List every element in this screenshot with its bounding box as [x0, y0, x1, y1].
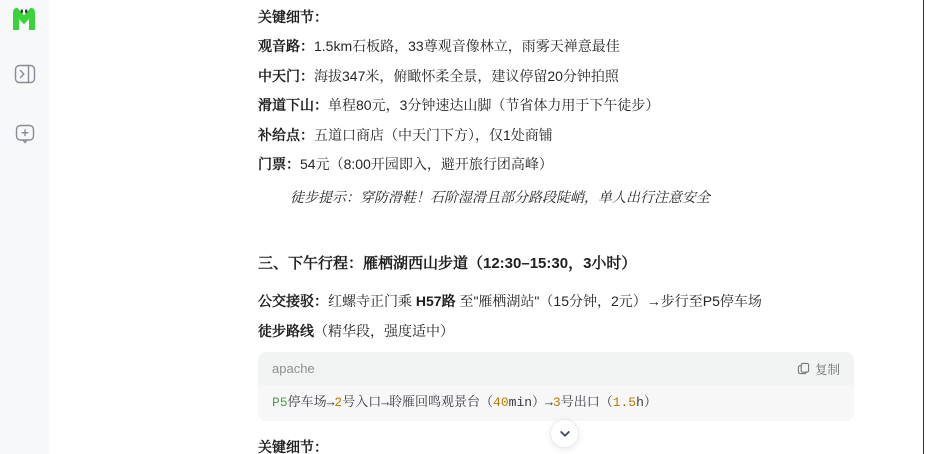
chevron-down-icon [558, 427, 572, 441]
bus-transfer-post: 至"雁栖湖站"（15分钟，2元）→步行至P5停车场 [456, 293, 762, 309]
sidebar-toggle-icon [14, 64, 36, 84]
detail-item-text: 1.5km石板路，33尊观音像林立，雨雾天禅意最佳 [314, 38, 620, 54]
code-token: 停车场→ [288, 395, 335, 410]
copy-button-label: 复制 [815, 360, 840, 378]
detail-item-text: 海拔347米，俯瞰怀柔全景，建议停留20分钟拍照 [314, 68, 619, 84]
hiking-route-text: （精华段，强度适中） [314, 323, 454, 339]
hiking-route-label: 徒步路线 [258, 323, 314, 339]
sidebar-toggle-button[interactable] [13, 62, 37, 86]
code-block-body: P5停车场→2号入口→聆雁回鸣观景台（40min）→3号出口（1.5h） [258, 385, 854, 421]
scroll-to-bottom-button[interactable] [550, 419, 579, 448]
detail-item-guanyin-road: 观音路：1.5km石板路，33尊观音像林立，雨雾天禅意最佳 [258, 36, 620, 56]
section-title-key-details: 关键细节： [258, 7, 328, 27]
detail-item-label: 补给点： [258, 127, 314, 143]
code-token: P5 [272, 395, 288, 410]
bus-transfer-line: 公交接驳：红螺寺正门乘 H57路 至"雁栖湖站"（15分钟，2元）→步行至P5停… [258, 291, 762, 311]
bus-transfer-pre: 红螺寺正门乘 [328, 293, 416, 309]
chat-response-content: 关键细节： 观音路：1.5km石板路，33尊观音像林立，雨雾天禅意最佳 中天门：… [258, 0, 854, 454]
code-token: 3 [553, 395, 561, 410]
code-block-header: apache 复制 [258, 352, 854, 385]
detail-item-supply-point: 补给点：五道口商店（中天门下方），仅1处商铺 [258, 125, 553, 145]
sidebar [0, 0, 49, 454]
brand-m-logo[interactable] [11, 6, 37, 30]
code-token: min）→ [509, 395, 553, 410]
detail-item-label: 观音路： [258, 38, 314, 54]
detail-item-text: 单程80元，3分钟速达山脚（节省体力用于下午徒步） [328, 97, 659, 113]
app-window: 关键细节： 观音路：1.5km石板路，33尊观音像林立，雨雾天禅意最佳 中天门：… [0, 0, 926, 454]
detail-item-text: 54元（8:00开园即入，避开旅行团高峰） [300, 156, 553, 172]
copy-icon [797, 362, 810, 375]
code-language-label: apache [272, 359, 315, 379]
detail-item-label: 门票： [258, 156, 300, 172]
brand-m-logo-svg [11, 6, 37, 30]
code-token: 号出口（ [561, 395, 613, 410]
detail-item-label: 滑道下山： [258, 97, 328, 113]
window-right-edge [923, 0, 924, 454]
new-chat-plus-icon [14, 123, 36, 145]
bus-transfer-label: 公交接驳： [258, 293, 328, 309]
code-token: h） [636, 395, 657, 410]
code-token: 号入口→聆雁回鸣观景台（ [342, 395, 493, 410]
code-block: apache 复制 P5停车场→2号入口→聆雁回鸣观景台（40min）→3号出口… [258, 352, 854, 421]
section-title-key-details-2: 关键细节： [258, 437, 328, 454]
hiking-tip-quote: 徒步提示：穿防滑鞋！石阶湿滑且部分路段陡峭，单人出行注意安全 [290, 187, 710, 207]
code-line: P5停车场→2号入口→聆雁回鸣观景台（40min）→3号出口（1.5h） [272, 395, 657, 410]
detail-item-ticket: 门票：54元（8:00开园即入，避开旅行团高峰） [258, 154, 553, 174]
detail-item-text: 五道口商店（中天门下方），仅1处商铺 [314, 127, 553, 143]
detail-item-zhongtianmen: 中天门：海拔347米，俯瞰怀柔全景，建议停留20分钟拍照 [258, 66, 619, 86]
copy-code-button[interactable]: 复制 [797, 360, 840, 378]
detail-item-slide-down: 滑道下山：单程80元，3分钟速达山脚（节省体力用于下午徒步） [258, 95, 659, 115]
afternoon-section-heading: 三、下午行程：雁栖湖西山步道（12:30–15:30，3小时） [258, 254, 636, 274]
detail-item-label: 中天门： [258, 68, 314, 84]
bus-route-number: H57路 [416, 293, 456, 309]
code-token: 1.5 [613, 395, 636, 410]
code-token: 40 [493, 395, 509, 410]
new-chat-button[interactable] [13, 122, 37, 146]
hiking-route-line: 徒步路线（精华段，强度适中） [258, 321, 454, 341]
